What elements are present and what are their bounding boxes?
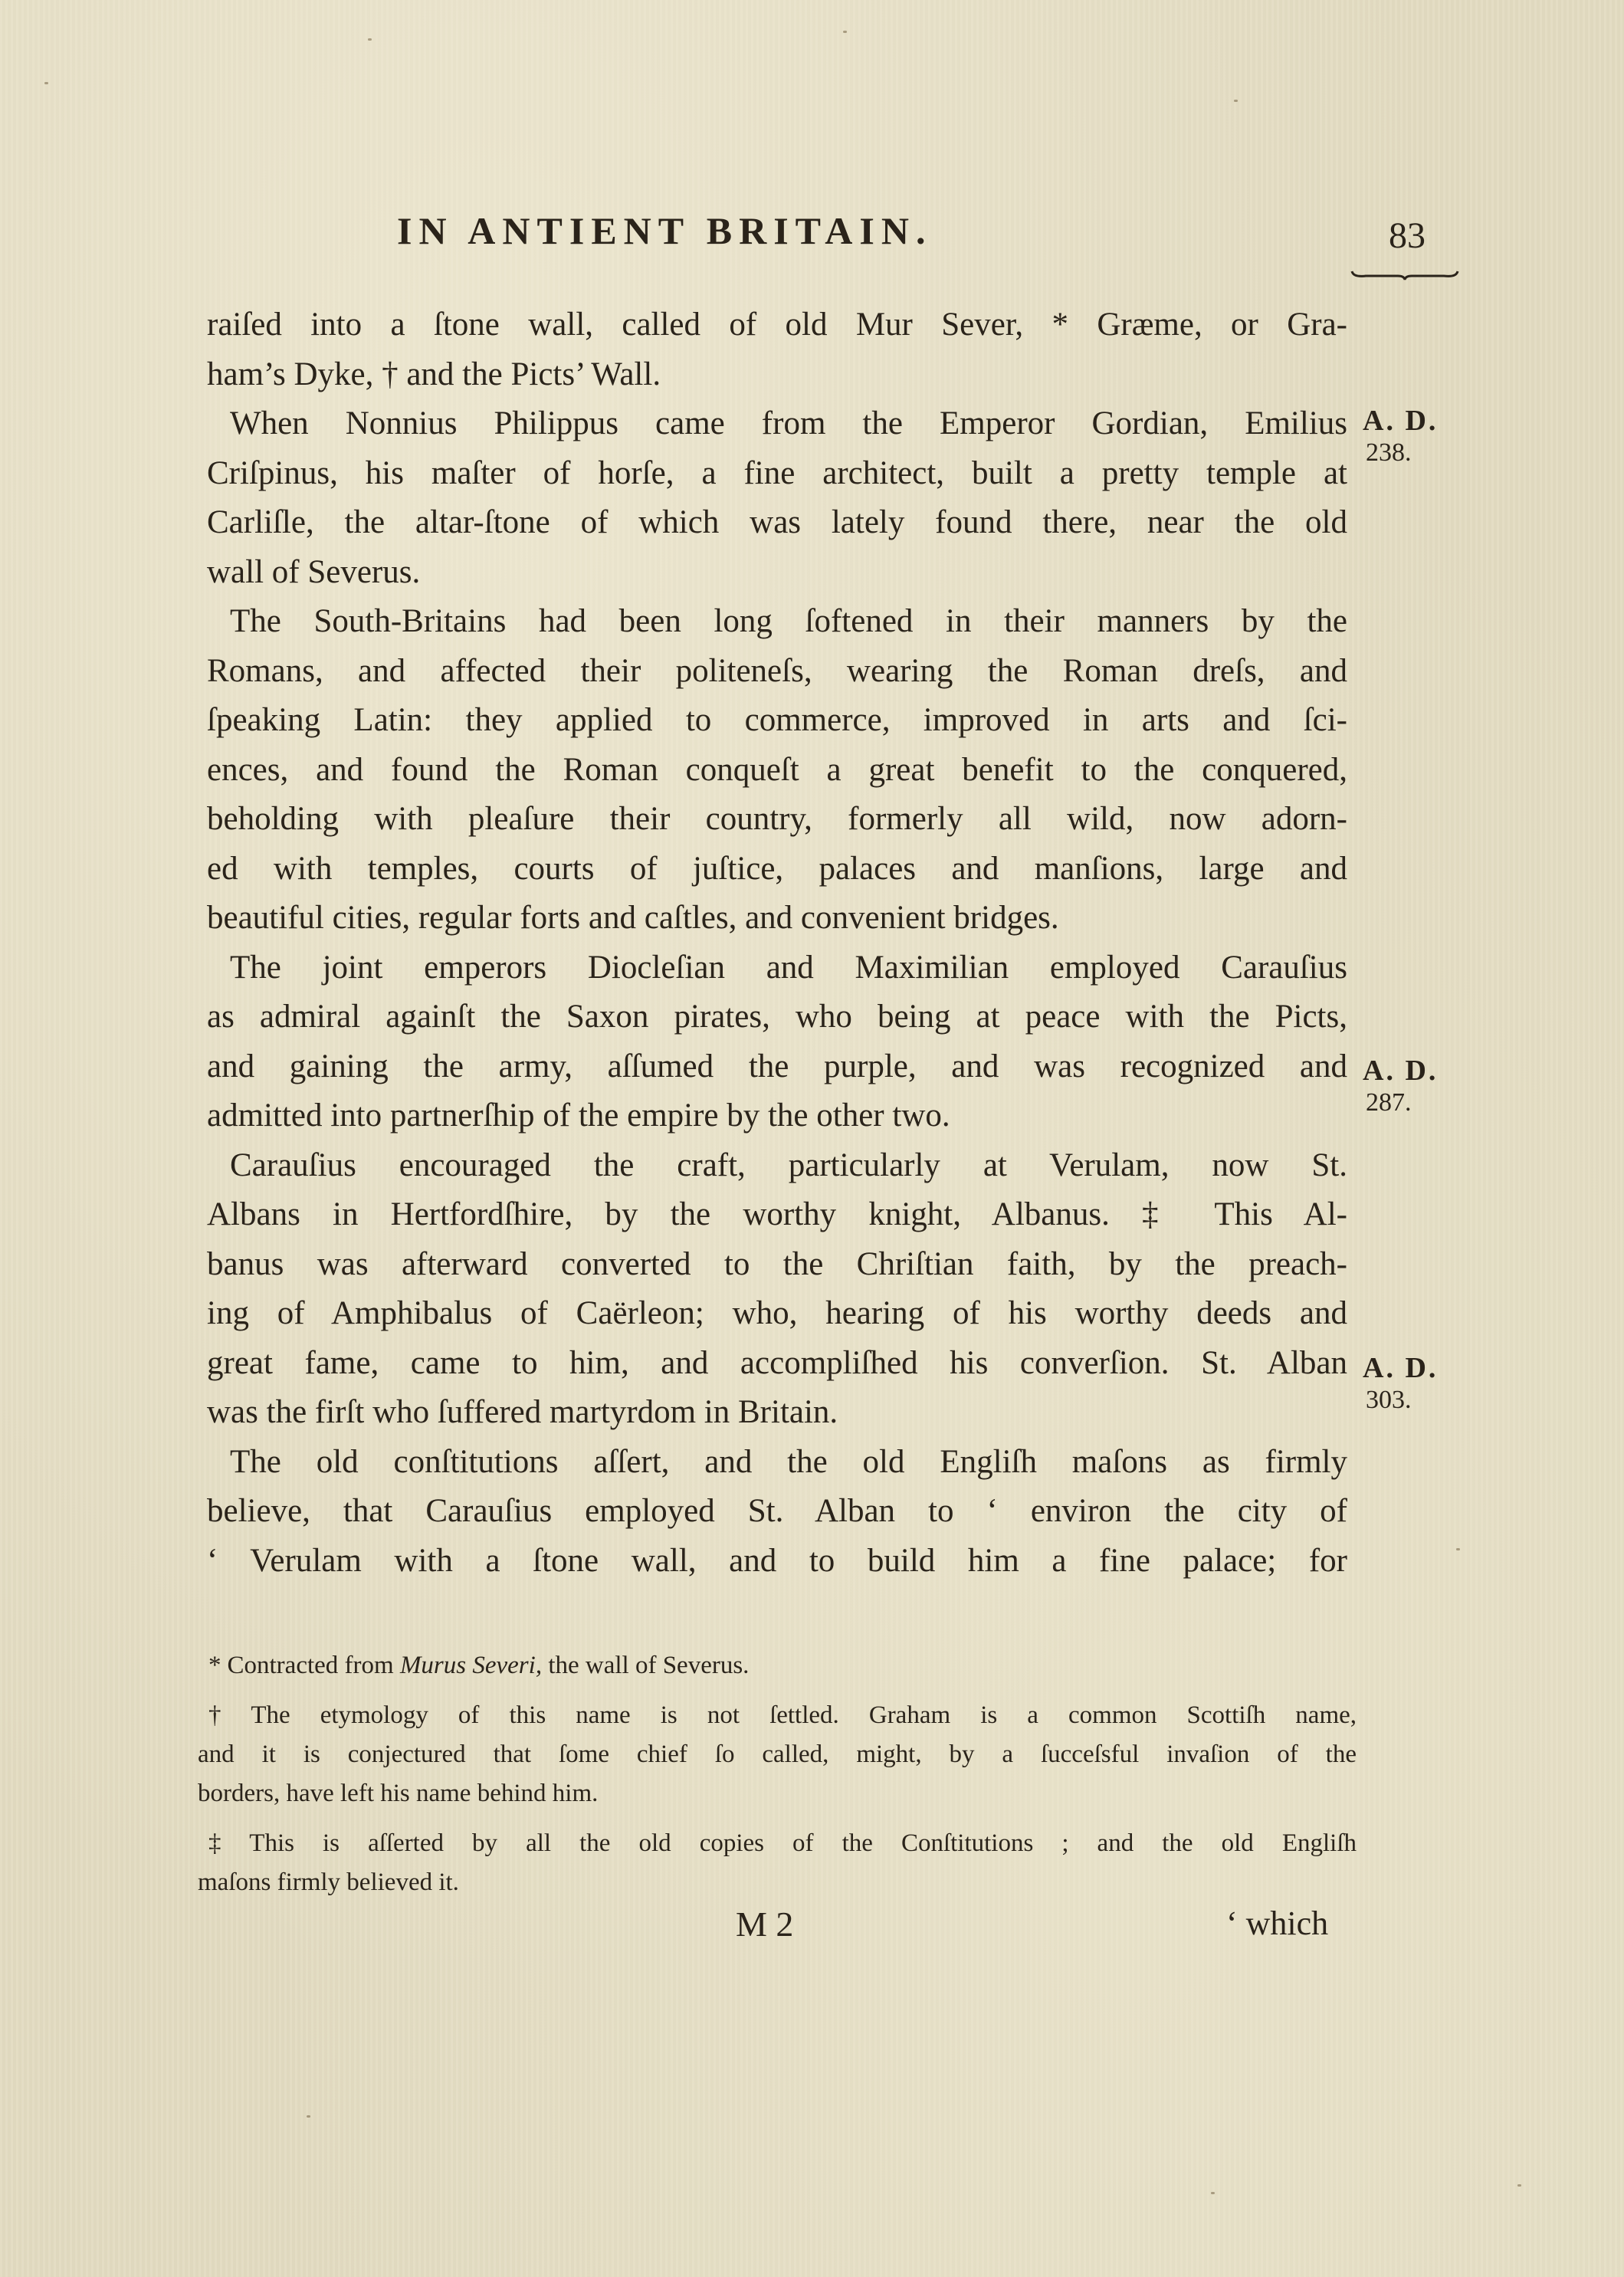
text-line: Albans in Hertfordſhire, by the worthy k… — [207, 1190, 1347, 1240]
paper-speck — [843, 31, 847, 33]
footnote-2-line: and it is conjectured that ſome chief ſo… — [198, 1735, 1357, 1774]
margin-note-date: A. D. 238. — [1363, 405, 1438, 469]
paper-speck — [1234, 100, 1238, 102]
text-line: Romans, and affected their politeneſs, w… — [207, 647, 1347, 697]
margin-note-year: 238. — [1363, 437, 1438, 469]
margin-note-date: A. D. 287. — [1363, 1055, 1438, 1119]
text-line: ham’s Dyke, † and the Picts’ Wall. — [207, 350, 1347, 400]
text-line: wall of Severus. — [207, 548, 1347, 598]
text-line: banus was afterward converted to the Chr… — [207, 1240, 1347, 1290]
paper-speck — [307, 2115, 310, 2118]
text-line: and gaining the army, aſſumed the purple… — [207, 1042, 1347, 1092]
text-line: The joint emperors Diocleſian and Maximi… — [207, 943, 1347, 993]
text-line: Carliſle, the altar-ſtone of which was l… — [207, 498, 1347, 548]
footnote-2-line: borders, have left his name behind him. — [198, 1774, 1357, 1813]
page-number: 83 — [1389, 215, 1426, 257]
footnote-2-line: †The etymology of this name is not ſettl… — [198, 1696, 1357, 1735]
catchword: ‘ which — [1226, 1904, 1328, 1943]
text-line: ences, and found the Roman conqueſt a gr… — [207, 746, 1347, 796]
text-line: The old conſtitutions aſſert, and the ol… — [207, 1438, 1347, 1488]
margin-note-era: A. D. — [1363, 1055, 1438, 1087]
footnote-3-line: maſons firmly believed it. — [198, 1863, 1357, 1902]
text-line: great fame, came to him, and accompliſhe… — [207, 1339, 1347, 1389]
text-line: ing of Amphibalus of Caërleon; who, hear… — [207, 1289, 1347, 1339]
text-line: raiſed into a ſtone wall, called of old … — [207, 300, 1347, 350]
text-line: beautiful cities, regular forts and caſt… — [207, 894, 1347, 943]
footnote-text: Contracted from — [228, 1652, 400, 1679]
double-dagger-mark: ‡ — [198, 1829, 249, 1857]
asterisk-mark: * — [198, 1652, 228, 1679]
text-line: ‘ Verulam with a ſtone wall, and to buil… — [207, 1537, 1347, 1586]
footnote-italic-term: Murus Severi, — [400, 1652, 542, 1679]
book-page: IN ANTIENT BRITAIN. 83 raiſed into a ſto… — [0, 0, 1624, 2277]
paper-speck — [1517, 2184, 1521, 2187]
footnote-text: The etymology of this name is not ſettle… — [251, 1701, 1357, 1729]
paper-speck — [44, 82, 48, 84]
text-line: admitted into partnerſhip of the empire … — [207, 1091, 1347, 1141]
text-line: Carauſius encouraged the craft, particul… — [207, 1141, 1347, 1191]
text-line: beholding with pleaſure their country, f… — [207, 795, 1347, 845]
page-number-bracket-ornament — [1350, 270, 1459, 281]
footnote-1: *Contracted from Murus Severi, the wall … — [198, 1646, 1357, 1685]
body-text: raiſed into a ſtone wall, called of old … — [207, 300, 1347, 1586]
paper-speck — [1456, 1548, 1460, 1550]
running-title: IN ANTIENT BRITAIN. — [397, 208, 932, 253]
text-line: Criſpinus, his maſter of horſe, a fine a… — [207, 449, 1347, 499]
footnote-3-line: ‡This is aſſerted by all the old copies … — [198, 1824, 1357, 1863]
margin-note-date: A. D. 303. — [1363, 1352, 1438, 1416]
margin-note-year: 303. — [1363, 1384, 1438, 1416]
text-line: ed with temples, courts of juſtice, pala… — [207, 845, 1347, 894]
text-line: ſpeaking Latin: they applied to commerce… — [207, 696, 1347, 746]
paper-speck — [1211, 2192, 1215, 2194]
signature-mark: M 2 — [736, 1904, 793, 1944]
footnote-text: This is aſſerted by all the old copies o… — [249, 1829, 1357, 1857]
paper-speck — [368, 38, 372, 41]
text-line: as admiral againſt the Saxon pirates, wh… — [207, 992, 1347, 1042]
dagger-mark: † — [198, 1701, 251, 1729]
margin-note-year: 287. — [1363, 1087, 1438, 1119]
text-line: was the firſt who ſuffered martyrdom in … — [207, 1388, 1347, 1438]
margin-note-era: A. D. — [1363, 405, 1438, 437]
footnotes: *Contracted from Murus Severi, the wall … — [198, 1646, 1357, 1902]
text-line: When Nonnius Philippus came from the Emp… — [207, 399, 1347, 449]
footnote-text: the wall of Severus. — [542, 1652, 749, 1679]
margin-note-era: A. D. — [1363, 1352, 1438, 1384]
text-line: believe, that Carauſius employed St. Alb… — [207, 1487, 1347, 1537]
text-line: The South-Britains had been long ſoftene… — [207, 597, 1347, 647]
